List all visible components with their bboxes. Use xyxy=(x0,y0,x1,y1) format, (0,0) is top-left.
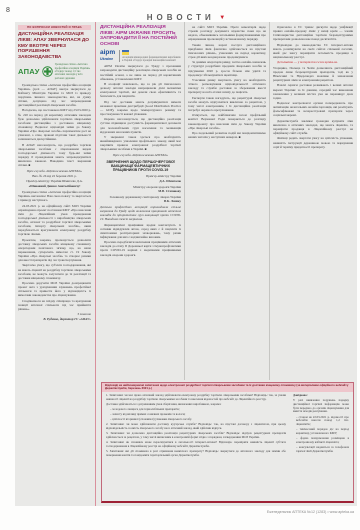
paragraph: 3. Запитання: чи дозволена дистанційна р… xyxy=(106,432,286,440)
letter-signature: З повагою В. Руденко, директор ГС «АПАУ» xyxy=(18,312,91,321)
topic-notice-strip: ПО ВОПРОСАМ НОВОСТЕЙ И ПРАВА xyxy=(18,25,91,30)
paragraph: Проектом, зокрема, пропонується дозволит… xyxy=(18,238,91,263)
paragraph: Головному державному санітарному лікарю … xyxy=(100,195,181,199)
paragraph: Окремо наголошується, що дистанційна реа… xyxy=(100,117,181,133)
apau-cross-icon xyxy=(42,66,53,77)
paragraph: Сподіваємося на плідну співпрацю та врах… xyxy=(18,299,91,311)
paragraph: В АПАУ наголошують, що роздрібна торгівл… xyxy=(18,143,91,168)
ukraine-flag-icon xyxy=(122,50,129,55)
article2-body: AIPM Ukraine звернулася до Уряду з проха… xyxy=(100,64,181,151)
paragraph: – станом на 22.03.2021 р. відомості про … xyxy=(293,416,349,428)
paragraph: – тимчасовий порядок діє на період каран… xyxy=(293,428,349,436)
paragraph: Угорщина, Польща та Чехія дозволяють дис… xyxy=(273,66,353,82)
column-2: Дистанційна реалізація ліків: AIPM Ukrai… xyxy=(96,22,184,380)
page-number: 8 xyxy=(6,7,10,14)
apau-logo-word: АПАУ xyxy=(18,67,40,77)
paragraph: Доставка здійснюється з дотриманням умов… xyxy=(106,403,286,407)
press-service-line: Прес-служба «Щотижневика АПТЕКА» xyxy=(18,169,91,173)
paragraph: 24.03.2021 р. на офіційному сайті МОЗ Ук… xyxy=(18,204,91,237)
paragraph: Довідково: xyxy=(293,394,349,398)
aipm-wordmark: aipm Ukraine xyxy=(100,50,115,61)
paragraph: Детальніше — у матеріалі на www.apteka.u… xyxy=(273,60,353,64)
column-3: на сайті МОЗ України. Проте коментарів щ… xyxy=(184,22,269,380)
qa-main-column: 1. Запитання: чи має право аптечний закл… xyxy=(102,392,290,501)
paragraph: Громадська спілка «Аптечна професійна ас… xyxy=(18,190,91,202)
paragraph: – консультації надаються за телефоном га… xyxy=(293,446,349,454)
article1-headline: Дистанційна реалізація ліків: АПАУ зверн… xyxy=(18,32,91,60)
press-service-line-2: Прес-служба «Щотижневика АПТЕКА» xyxy=(100,153,181,157)
signature-line: В. Руденко, директор ГС «АПАУ» xyxy=(18,317,91,321)
paragraph: Міністру охорони здоров'я України xyxy=(100,185,181,189)
paragraph: Очікується, що найближчим часом профільн… xyxy=(188,113,266,129)
paragraph: У зверненні також ідеться про необхідніс… xyxy=(100,135,181,151)
paragraph: Держлікслужба закликає громадян купувати… xyxy=(273,119,353,135)
column3-body: на сайті МОЗ України. Проте коментарів щ… xyxy=(188,25,266,139)
article1-body: Громадська спілка «Аптечна професійна ас… xyxy=(18,83,91,167)
aipm-logo-caption: Асоціація міжнародних фармацевтичних вир… xyxy=(122,56,181,62)
column-4: Одночасно в ЄС триває дискусія щодо уніф… xyxy=(269,22,357,380)
column-1: ПО ВОПРОСАМ НОВОСТЕЙ И ПРАВА Дистанційна… xyxy=(15,22,96,506)
paragraph: М.В. Степанову xyxy=(100,189,181,193)
article3-headline: Звернення щодо першочергової вакцинації … xyxy=(100,160,181,173)
paragraph: 4. Запитання: як споживач може пересвідч… xyxy=(106,441,286,449)
column4-body: Одночасно в ЄС триває дискусія щодо уніф… xyxy=(273,25,353,149)
qa-side-column: Довідково:У разі виявлення порушень поря… xyxy=(290,392,353,501)
apau-logo-caption: Громадська спілка «Аптечна професійна ас… xyxy=(55,63,91,80)
apau-logo: АПАУ Громадська спілка «Аптечна професій… xyxy=(18,63,91,80)
article3-lead: Декілька професійних асоціацій оприлюдни… xyxy=(100,205,181,221)
article3-body: Фармацевтичні працівники щодня контактую… xyxy=(100,223,181,257)
aipm-logo: aipm Ukraine Асоціація міжнародних фарма… xyxy=(100,50,181,62)
paragraph: Про подальший розвиток подій ми повідомл… xyxy=(188,131,266,139)
paragraph: Учасники ринку звертають увагу на необхі… xyxy=(188,78,266,94)
paragraph: на сайті МОЗ України. Проте коментарів щ… xyxy=(188,25,266,41)
paragraph: Прем'єр-міністру України xyxy=(100,174,181,178)
newspaper-page: 8 НОВОСТИ ▼ ПО ВОПРОСАМ НОВОСТЕЙ И ПРАВА… xyxy=(0,0,360,530)
paragraph: Водночас контролюючі органи попереджають… xyxy=(273,101,353,117)
paragraph: Просимо доручити МОЗ України доопрацюват… xyxy=(18,281,91,297)
paragraph: Д.А. Шмигалю xyxy=(100,179,181,183)
qa-box-body: 1. Запитання: чи має право аптечний закл… xyxy=(102,392,353,501)
paragraph: Просимо передбачити включення працівникі… xyxy=(100,240,181,256)
aipm-logo-sub: Ukraine xyxy=(100,57,113,62)
section-title: НОВОСТИ xyxy=(147,13,215,22)
signoff-line: З повагою xyxy=(18,312,91,316)
addressee-block: Прем'єр-міністру УкраїниД.А. ШмигалюМіні… xyxy=(100,174,181,203)
letter-body: Громадська спілка «Аптечна професійна ас… xyxy=(18,190,91,311)
paragraph: В.К. Ляшку xyxy=(100,199,181,203)
paragraph: Звертаємо увагу, що суб'єкти господарюва… xyxy=(18,263,91,279)
paragraph: 5. Запитання: які дії споживача в разі о… xyxy=(106,450,286,458)
paragraph: 2. Запитання: чи може здійснювати достав… xyxy=(106,423,286,431)
paragraph: AIPM Ukraine звернулася до Уряду з проха… xyxy=(100,64,181,80)
aipm-logo-right: Асоціація міжнародних фармацевтичних вир… xyxy=(119,50,181,62)
letter-salutation: «Шановний Денисе Анатолійовичу! xyxy=(18,184,91,188)
paragraph: За даними операторів ринку, частка онлай… xyxy=(188,60,266,76)
paragraph: В асоціації зазначають, що за рік дії ти… xyxy=(100,82,181,98)
letter-addressee-line: Прем'єр-міністру України Шмигалю Д.А. xyxy=(18,179,91,183)
paragraph: Громадська спілка «Аптечна професійна ас… xyxy=(18,83,91,108)
page-content: ПО ВОПРОСАМ НОВОСТЕЙ И ПРАВА Дистанційна… xyxy=(15,22,357,506)
qa-box: Відповіді на найпоширеніші запитання щод… xyxy=(101,382,354,503)
paragraph: Відповідно до законодавства ЄС інтернет-… xyxy=(273,43,353,59)
paragraph: Таким чином, наразі послуга дистанційног… xyxy=(188,43,266,59)
paragraph: Під час доставки мають дотримуватися вим… xyxy=(100,100,181,116)
page-footer: Еженедельник АПТЕКА №12 (1283) • www.apt… xyxy=(267,510,354,514)
paragraph: Експерти також нагадують, що рецептурні … xyxy=(188,96,266,112)
three-columns: Дистанційна реалізація ліків: AIPM Ukrai… xyxy=(96,22,357,380)
qa-box-title: Відповіді на найпоширеніші запитання щод… xyxy=(102,383,353,392)
paragraph: У разі виявлення порушень порядку дистан… xyxy=(293,399,349,415)
triangle-down-icon: ▼ xyxy=(219,15,225,21)
letter-ref-line: Вих. № 26 від 22 березня 2021 р. xyxy=(18,174,91,178)
paragraph: Власні сервіси доставки розвивають і вел… xyxy=(273,83,353,99)
paragraph: Одночасно в ЄС триває дискусія щодо уніф… xyxy=(273,25,353,41)
article2-headline: Дистанційна реалізація ліків: AIPM Ukrai… xyxy=(100,25,181,48)
paragraph: Фахівці радять звертати увагу на цілісні… xyxy=(273,136,353,148)
paragraph: – форма повідомлення розміщена в електро… xyxy=(293,437,349,445)
right-area: Дистанційна реалізація ліків: AIPM Ukrai… xyxy=(96,22,357,506)
paragraph: Фармацевтичні працівники щодня контактую… xyxy=(100,223,181,239)
paragraph: 1. Запитання: чи має право аптечний закл… xyxy=(106,394,286,402)
paragraph: Нагадаємо, що постановою КМУ від 23.03.2… xyxy=(18,108,91,141)
